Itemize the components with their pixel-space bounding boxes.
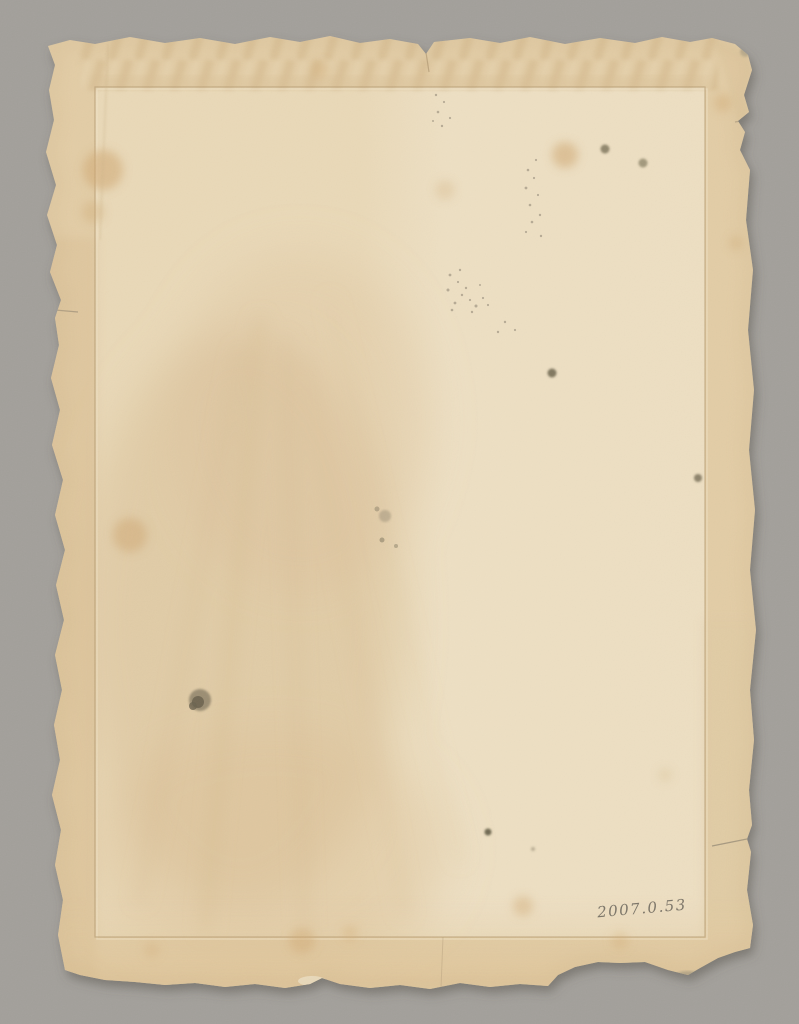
photograph-backdrop: 2007.0.53 [0,0,799,1024]
photo-grain-overlay [0,0,799,1024]
paper-sheet-photo [0,0,799,1024]
